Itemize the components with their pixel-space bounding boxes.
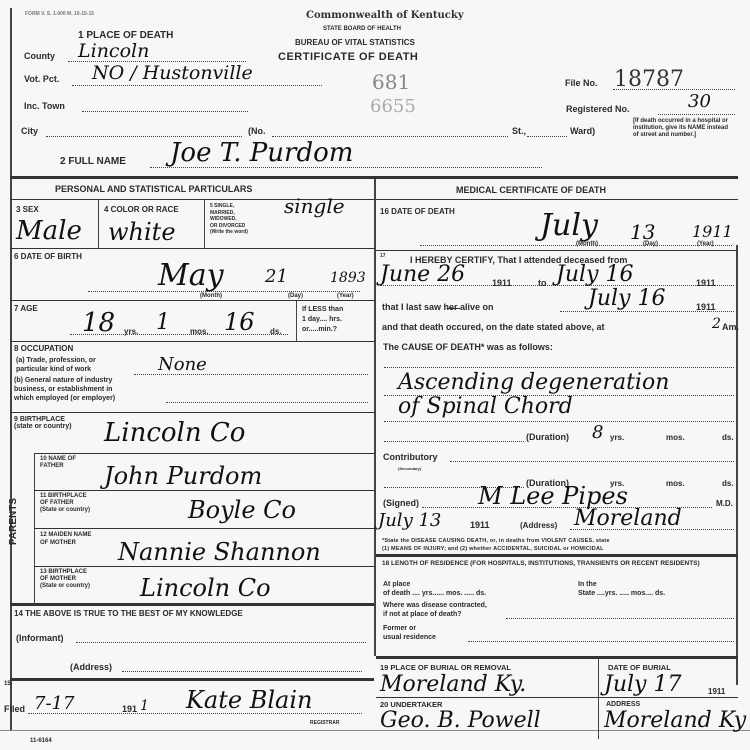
- divider: [34, 490, 374, 491]
- dob-day: 21: [265, 266, 288, 287]
- divider: [376, 199, 738, 200]
- inc-town-field[interactable]: [82, 101, 248, 112]
- medical-heading: MEDICAL CERTIFICATE OF DEATH: [456, 185, 606, 195]
- left-border: [10, 8, 12, 730]
- registrar-label: REGISTRAR: [310, 720, 339, 726]
- dod-month-caption: (Month): [576, 241, 598, 247]
- physician-address-field[interactable]: Moreland: [570, 520, 734, 530]
- label-line: In the: [578, 580, 665, 589]
- registered-no-value: 30: [688, 91, 711, 112]
- last-saw-date: July 16: [588, 286, 665, 311]
- father-birthplace-value[interactable]: Boyle Co: [188, 496, 296, 524]
- cause-line-2-field[interactable]: of Spinal Chord: [384, 412, 734, 422]
- full-name-field[interactable]: Joe T. Purdom: [150, 156, 542, 168]
- death-ampm: Am.: [722, 322, 739, 332]
- father-birthplace-label: 11 BIRTHPLACE OF FATHER (State or countr…: [40, 493, 90, 514]
- occupation-a-label: (a) Trade, profession, or particular kin…: [16, 356, 96, 374]
- day-caption: (Day): [288, 293, 303, 299]
- mother-maiden-name-value[interactable]: Nannie Shannon: [118, 538, 321, 566]
- divider: [296, 301, 297, 341]
- residence-heading: 18 LENGTH OF RESIDENCE (FOR HOSPITALS, I…: [382, 560, 734, 568]
- vot-pct-label: Vot. Pct.: [24, 74, 59, 84]
- informant-address-label: (Address): [70, 662, 112, 672]
- duration-label: (Duration): [526, 432, 569, 442]
- undertaker-address-value[interactable]: Moreland Ky: [604, 708, 746, 733]
- label-line: usual residence: [383, 633, 436, 642]
- age-years: 18: [82, 308, 115, 338]
- divider: [204, 200, 205, 248]
- ward-label: Ward): [570, 126, 595, 136]
- label-line: (Write the word): [210, 229, 248, 236]
- signed-label: (Signed): [383, 498, 419, 508]
- label-line: State ....yrs. ..... mos.... ds.: [578, 589, 665, 598]
- signed-date[interactable]: July 13: [378, 510, 441, 531]
- county-value: Lincoln: [78, 40, 149, 62]
- filed-year-printed: 191: [122, 704, 137, 714]
- informant-heading: 14 THE ABOVE IS TRUE TO THE BEST OF MY K…: [14, 609, 243, 618]
- sex-label: 3 SEX: [16, 205, 39, 214]
- physician-address-label: (Address): [520, 521, 557, 530]
- label-line: (b) General nature of industry: [14, 376, 115, 385]
- dod-year-caption: (Year): [697, 241, 714, 247]
- label-line: which employed (or employer): [14, 394, 115, 403]
- divider: [10, 603, 374, 606]
- signed-year: 1911: [470, 520, 490, 530]
- undertaker-address-label: ADDRESS: [606, 701, 640, 708]
- duration-mos-label: mos.: [666, 433, 685, 442]
- occupation-a-field[interactable]: None: [134, 366, 368, 375]
- informant-field[interactable]: [76, 633, 366, 643]
- to-label: to: [538, 278, 547, 288]
- former-residence-field[interactable]: [468, 633, 734, 642]
- year-caption: (Year): [337, 293, 354, 299]
- label-line: OF FATHER: [40, 500, 90, 507]
- label-line: OF MOTHER: [40, 539, 91, 547]
- attended-from-year: 1911: [492, 278, 512, 288]
- physician-address-value: Moreland: [574, 506, 682, 531]
- label-line: 10 NAME OF: [40, 456, 76, 463]
- cause-line-1: Ascending degeneration: [398, 370, 669, 395]
- filed-number: 15: [4, 681, 11, 687]
- full-name-value: Joe T. Purdom: [170, 138, 353, 168]
- attended-to: July 16: [556, 262, 633, 287]
- divider: [10, 248, 374, 249]
- birthplace-label: 9 BIRTHPLACE (state or country): [14, 416, 72, 430]
- divider: [34, 453, 374, 454]
- form-number: FORM V. S. 1-000 M. 10-15-15: [25, 11, 94, 17]
- mother-birthplace-value[interactable]: Lincoln Co: [140, 574, 271, 602]
- death-time: 2: [712, 316, 721, 332]
- city-label: City: [21, 126, 38, 136]
- cause-footnote-2: (1) MEANS OF INJURY; and (2) whether ACC…: [382, 546, 604, 552]
- label-line: business, or establishment in: [14, 385, 115, 394]
- registered-no-label: Registered No.: [566, 104, 630, 114]
- dob-month: May: [158, 258, 224, 293]
- divider: [10, 678, 374, 681]
- marital-status-label: 5 SINGLE, MARRIED, WIDOWED, OR DIVORCED …: [210, 203, 248, 236]
- street-label: St.,: [512, 126, 526, 136]
- former-residence-label: Former or usual residence: [383, 624, 436, 642]
- last-saw-text: that I last saw h̶e̶r̶ alive on: [382, 302, 494, 312]
- age-months: 1: [156, 310, 170, 335]
- street-number-field[interactable]: [272, 126, 508, 137]
- file-no-label: File No.: [565, 78, 598, 88]
- label-line: (state or country): [14, 423, 72, 430]
- undertaker-value[interactable]: Geo. B. Powell: [380, 708, 541, 733]
- secondary-label: (Secondary): [398, 466, 421, 471]
- label-line: OF MOTHER: [40, 576, 90, 583]
- burial-place-value[interactable]: Moreland Ky.: [380, 672, 526, 697]
- ward-field[interactable]: [527, 126, 567, 137]
- label-line: if not at place of death?: [383, 610, 487, 619]
- city-field[interactable]: [46, 126, 242, 137]
- duration-ds-label: ds.: [722, 433, 734, 442]
- burial-place-label: 19 PLACE OF BURIAL OR REMOVAL: [380, 663, 511, 672]
- occupation-b-field[interactable]: [166, 394, 368, 403]
- divider: [34, 528, 374, 529]
- parents-side-label: PARENTS: [8, 498, 19, 545]
- md-label: M.D.: [716, 499, 733, 508]
- contributory-field[interactable]: [450, 452, 734, 462]
- less-than-day-label: If LESS than 1 day.... hrs. or.....min.?: [302, 305, 343, 335]
- label-line: 11 BIRTHPLACE: [40, 493, 90, 500]
- informant-label: (Informant): [16, 633, 64, 643]
- occupation-a-value: None: [158, 354, 207, 375]
- death-certificate: FORM V. S. 1-000 M. 10-15-15 Commonwealt…: [0, 0, 750, 750]
- vot-pct-field[interactable]: NO / Hustonville: [72, 74, 322, 86]
- label-line: (a) Trade, profession, or: [16, 356, 96, 365]
- dod-day-caption: (Day): [643, 241, 658, 247]
- informant-address-field[interactable]: [122, 662, 362, 672]
- contributory-mos-label: mos.: [666, 479, 685, 488]
- father-name-value[interactable]: John Purdom: [104, 462, 262, 490]
- divider: [10, 341, 374, 342]
- cause-line-blank[interactable]: [384, 362, 734, 368]
- attended-from: June 26: [380, 262, 465, 287]
- father-name-label: 10 NAME OF FATHER: [40, 456, 76, 470]
- dod-month: July: [540, 208, 598, 243]
- age-ds-label: ds.: [270, 327, 282, 336]
- board-heading: STATE BOARD OF HEALTH: [323, 26, 401, 32]
- cause-footnote-1: *State the DISEASE CAUSING DEATH, or, in…: [382, 538, 610, 544]
- mother-maiden-name-label: 12 MAIDEN NAME OF MOTHER: [40, 531, 91, 547]
- burial-date-label: DATE OF BURIAL: [608, 663, 671, 672]
- label-line: 13 BIRTHPLACE: [40, 569, 90, 576]
- registrar-signature: Kate Blain: [186, 686, 312, 714]
- divider: [34, 566, 374, 567]
- dob-field[interactable]: [88, 282, 360, 292]
- cause-heading: The CAUSE OF DEATH* was as follows:: [383, 342, 553, 352]
- filed-date-value: 7-17: [34, 693, 74, 714]
- file-no-field[interactable]: 18787: [613, 68, 735, 90]
- burial-date-value[interactable]: July 17: [604, 672, 681, 697]
- duration-yrs-label: yrs.: [610, 433, 624, 442]
- dob-year: 1893: [330, 270, 366, 286]
- divider: [376, 250, 738, 251]
- dod-year: 1911: [692, 222, 733, 241]
- age-days: 16: [224, 308, 255, 336]
- where-contracted-field[interactable]: [506, 610, 734, 619]
- duration-blank: [384, 432, 524, 442]
- sex-value[interactable]: Male: [16, 216, 82, 246]
- label-line: Where was disease contracted,: [383, 601, 487, 610]
- personal-heading: PERSONAL AND STATISTICAL PARTICULARS: [55, 184, 252, 194]
- commonwealth-heading: Commonwealth of Kentucky: [306, 10, 464, 21]
- inc-town-label: Inc. Town: [24, 101, 65, 111]
- last-saw-year: 1911: [696, 302, 716, 312]
- divider: [376, 697, 738, 698]
- age-yrs-label: yrs.: [124, 327, 138, 336]
- registered-no-field[interactable]: 30: [658, 104, 735, 115]
- birthplace-value[interactable]: Lincoln Co: [104, 418, 245, 448]
- label-line: 9 BIRTHPLACE: [14, 416, 72, 423]
- dod-label: 16 DATE OF DEATH: [380, 207, 455, 216]
- filed-label: Filed: [4, 704, 25, 714]
- contributory-label: Contributory: [383, 452, 438, 462]
- label-line: 1 day.... hrs.: [302, 315, 343, 325]
- certify-number: 17: [380, 253, 386, 259]
- divider: [376, 656, 738, 659]
- age-mos-label: mos.: [190, 327, 209, 336]
- race-label: 4 COLOR OR RACE: [104, 205, 179, 214]
- month-caption: (Month): [200, 293, 222, 299]
- street-number-label: (No.: [248, 126, 266, 136]
- where-contracted-label: Where was disease contracted, if not at …: [383, 601, 487, 619]
- filed-year-digit: 1: [140, 698, 149, 714]
- bureau-heading: BUREAU OF VITAL STATISTICS: [295, 38, 415, 47]
- divider: [10, 300, 374, 301]
- attended-to-year: 1911: [696, 278, 716, 288]
- occupation-label: 8 OCCUPATION: [14, 344, 73, 353]
- county-label: County: [24, 51, 55, 61]
- dob-label: 6 DATE OF BIRTH: [14, 252, 82, 261]
- label-line: (State or country): [40, 583, 90, 590]
- duration-years[interactable]: 8: [592, 422, 603, 443]
- marital-status-value[interactable]: single: [284, 194, 345, 218]
- file-no-value: 18787: [614, 67, 684, 92]
- mother-birthplace-label: 13 BIRTHPLACE OF MOTHER (State or countr…: [40, 569, 90, 590]
- death-occurred-text: and that death occured, on the date stat…: [382, 322, 605, 332]
- occupation-b-label: (b) General nature of industry business,…: [14, 376, 115, 403]
- label-line: of death .... yrs...... mos. ..... ds.: [383, 589, 486, 598]
- label-line: FATHER: [40, 463, 76, 470]
- label-line: If LESS than: [302, 305, 343, 315]
- divider: [598, 659, 599, 739]
- right-border: [736, 245, 738, 685]
- residence-at-place[interactable]: At place of death .... yrs...... mos. ..…: [383, 580, 486, 598]
- label-line: Former or: [383, 624, 436, 633]
- label-line: particular kind of work: [16, 365, 96, 374]
- divider: [10, 412, 374, 413]
- vot-pct-value: NO / Hustonville: [92, 62, 253, 84]
- residence-in-state[interactable]: In the State ....yrs. ..... mos.... ds.: [578, 580, 665, 598]
- label-line: or.....min.?: [302, 325, 343, 335]
- contributory-ds-label: ds.: [722, 479, 734, 488]
- label-line: (State or country): [40, 507, 90, 514]
- divider: [98, 200, 99, 248]
- label-line: 12 MAIDEN NAME: [40, 531, 91, 539]
- burial-date-year: 1911: [708, 687, 725, 696]
- age-label: 7 AGE: [14, 304, 38, 313]
- cause-line-2: of Spinal Chord: [398, 394, 573, 419]
- divider: [376, 554, 738, 557]
- pencil-note-1: 681: [372, 70, 410, 94]
- label-line: At place: [383, 580, 486, 589]
- race-value[interactable]: white: [108, 218, 176, 246]
- county-field[interactable]: Lincoln: [68, 50, 246, 62]
- full-name-label: 2 FULL NAME: [60, 156, 126, 167]
- hospital-note: [If death occurred in a hospital or inst…: [633, 118, 733, 139]
- certificate-title: CERTIFICATE OF DEATH: [278, 51, 418, 63]
- footer-code: 11-6164: [30, 738, 52, 744]
- pencil-note-2: 6655: [370, 96, 416, 117]
